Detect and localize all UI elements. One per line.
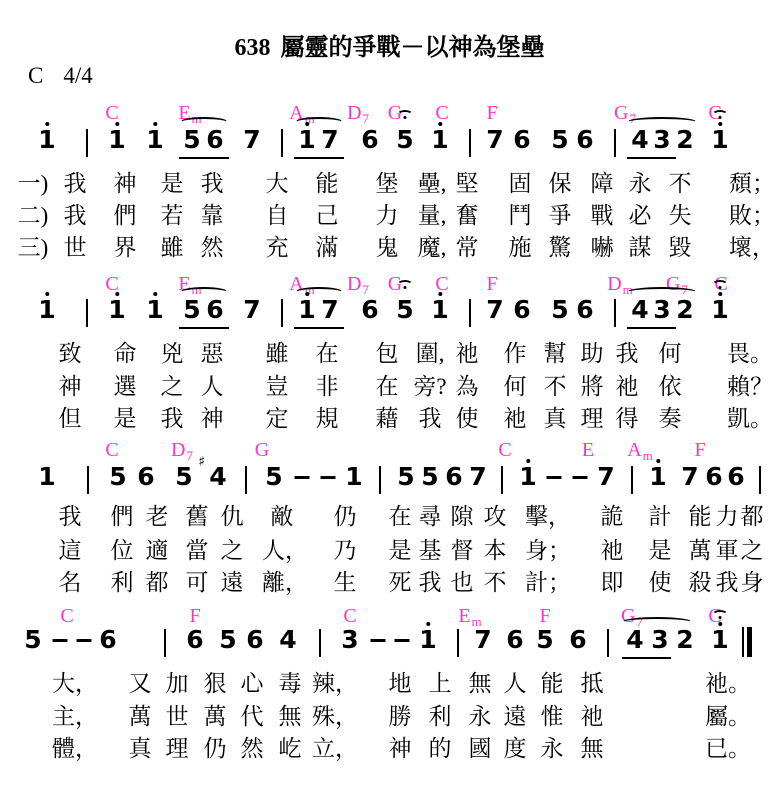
note: 6: [186, 627, 203, 653]
lyric-syllable: 國: [469, 736, 492, 761]
note-value: 1: [419, 625, 436, 654]
lyric-syllable: 人: [504, 671, 527, 696]
lyric-syllable: 遠: [504, 704, 527, 729]
note-value: 1: [711, 625, 728, 654]
chord-label: C: [60, 606, 73, 626]
score: CEmAmD7GCFG7C1115671765176564321一)我神是我大能…: [0, 0, 779, 812]
note: 1: [711, 627, 728, 653]
lyric-syllable: 無: [581, 736, 604, 761]
lyric-syllable: 體，: [52, 736, 98, 761]
lyric-syllable: 祂: [581, 704, 604, 729]
barline: [164, 629, 166, 657]
octave-dot: [426, 622, 430, 626]
fermata-icon: [712, 610, 728, 622]
lyric-syllable: 無: [469, 671, 492, 696]
note: 2: [676, 627, 693, 653]
lyric-syllable: 惟: [541, 704, 564, 729]
note-value: 4: [626, 625, 643, 654]
note: 7: [474, 627, 491, 653]
final-barline-thin: [742, 627, 744, 657]
lyric-syllable: 萬: [129, 704, 152, 729]
barline: [319, 629, 321, 657]
system-4: CFCEmFG7C5665643176564321大，又加狠心毒辣，地上無人能抵…: [0, 0, 779, 812]
lyric-syllable: 的: [429, 736, 452, 761]
lyric-syllable: 利: [429, 704, 452, 729]
duration-dash: [77, 639, 92, 642]
lyric-syllable: 殊，: [312, 704, 358, 729]
lyric-syllable: 萬: [204, 704, 227, 729]
lyric-syllable: 抵: [581, 671, 604, 696]
lyric-syllable: 狠: [204, 671, 227, 696]
chord-label: C: [343, 606, 356, 626]
lyric-syllable: 代: [241, 704, 264, 729]
note-value: 3: [341, 625, 358, 654]
lyric-syllable: 已。: [705, 736, 751, 761]
lyric-syllable: 永: [541, 736, 564, 761]
lyric-syllable: 真: [129, 736, 152, 761]
lyric-syllable: 心: [241, 671, 264, 696]
lyric-syllable: 大，: [52, 671, 98, 696]
chord-root: C: [60, 605, 73, 627]
lyric-syllable: 上: [429, 671, 452, 696]
note: 6: [569, 627, 586, 653]
octave-dot: [718, 622, 722, 626]
barline: [607, 629, 609, 657]
lyric-syllable: 神: [389, 736, 412, 761]
note-value: 6: [506, 625, 523, 654]
lyric-syllable: 理: [166, 736, 189, 761]
note: 4: [626, 627, 643, 653]
lyric-syllable: 毒: [279, 671, 302, 696]
final-barline-thick: [747, 627, 752, 657]
note: 5: [536, 627, 553, 653]
lyric-syllable: 然: [241, 736, 264, 761]
note-value: 6: [246, 625, 263, 654]
note-value: 5: [536, 625, 553, 654]
lyric-syllable: 地: [389, 671, 412, 696]
lyric-syllable: 主，: [52, 704, 98, 729]
chord-label: F: [539, 606, 550, 626]
duration-dash: [371, 639, 386, 642]
lyric-syllable: 度: [504, 736, 527, 761]
note-value: 5: [24, 625, 41, 654]
chord-root: F: [539, 605, 550, 627]
barline: [457, 629, 459, 657]
lyric-syllable: 世: [166, 704, 189, 729]
note-value: 4: [279, 625, 296, 654]
slur-arc: [622, 617, 692, 627]
note: 1: [419, 627, 436, 653]
note: 4: [279, 627, 296, 653]
lyric-syllable: 屬。: [705, 704, 751, 729]
fermata-dot: [719, 616, 722, 619]
lyric-syllable: 加: [166, 671, 189, 696]
sheet-page: 638屬靈的爭戰－以神為堡壘 C4/4 CEmAmD7GCFG7C1115671…: [0, 0, 779, 812]
note: 5: [219, 627, 236, 653]
note-value: 6: [99, 625, 116, 654]
note-value: 3: [651, 625, 668, 654]
note-value: 2: [676, 625, 693, 654]
beam-underline: [622, 657, 671, 659]
lyric-syllable: 仍: [204, 736, 227, 761]
final-barline: [742, 627, 752, 657]
note-value: 6: [186, 625, 203, 654]
duration-dash: [395, 639, 410, 642]
note: 3: [341, 627, 358, 653]
lyric-syllable: 辣，: [312, 671, 358, 696]
lyric-syllable: 勝: [389, 704, 412, 729]
lyric-syllable: 無: [279, 704, 302, 729]
duration-dash: [53, 639, 68, 642]
note: 3: [651, 627, 668, 653]
note-value: 5: [219, 625, 236, 654]
chord-root: C: [343, 605, 356, 627]
chord-label: F: [189, 606, 200, 626]
note-value: 6: [569, 625, 586, 654]
note: 6: [506, 627, 523, 653]
lyric-syllable: 永: [469, 704, 492, 729]
note: 6: [99, 627, 116, 653]
note: 6: [246, 627, 263, 653]
chord-root: E: [458, 605, 470, 627]
lyric-syllable: 祂。: [705, 671, 751, 696]
note-value: 7: [474, 625, 491, 654]
chord-root: F: [189, 605, 200, 627]
lyric-syllable: 又: [129, 671, 152, 696]
note: 5: [24, 627, 41, 653]
lyric-syllable: 能: [541, 671, 564, 696]
lyric-syllable: 立，: [312, 736, 358, 761]
lyric-syllable: 屹: [279, 736, 302, 761]
